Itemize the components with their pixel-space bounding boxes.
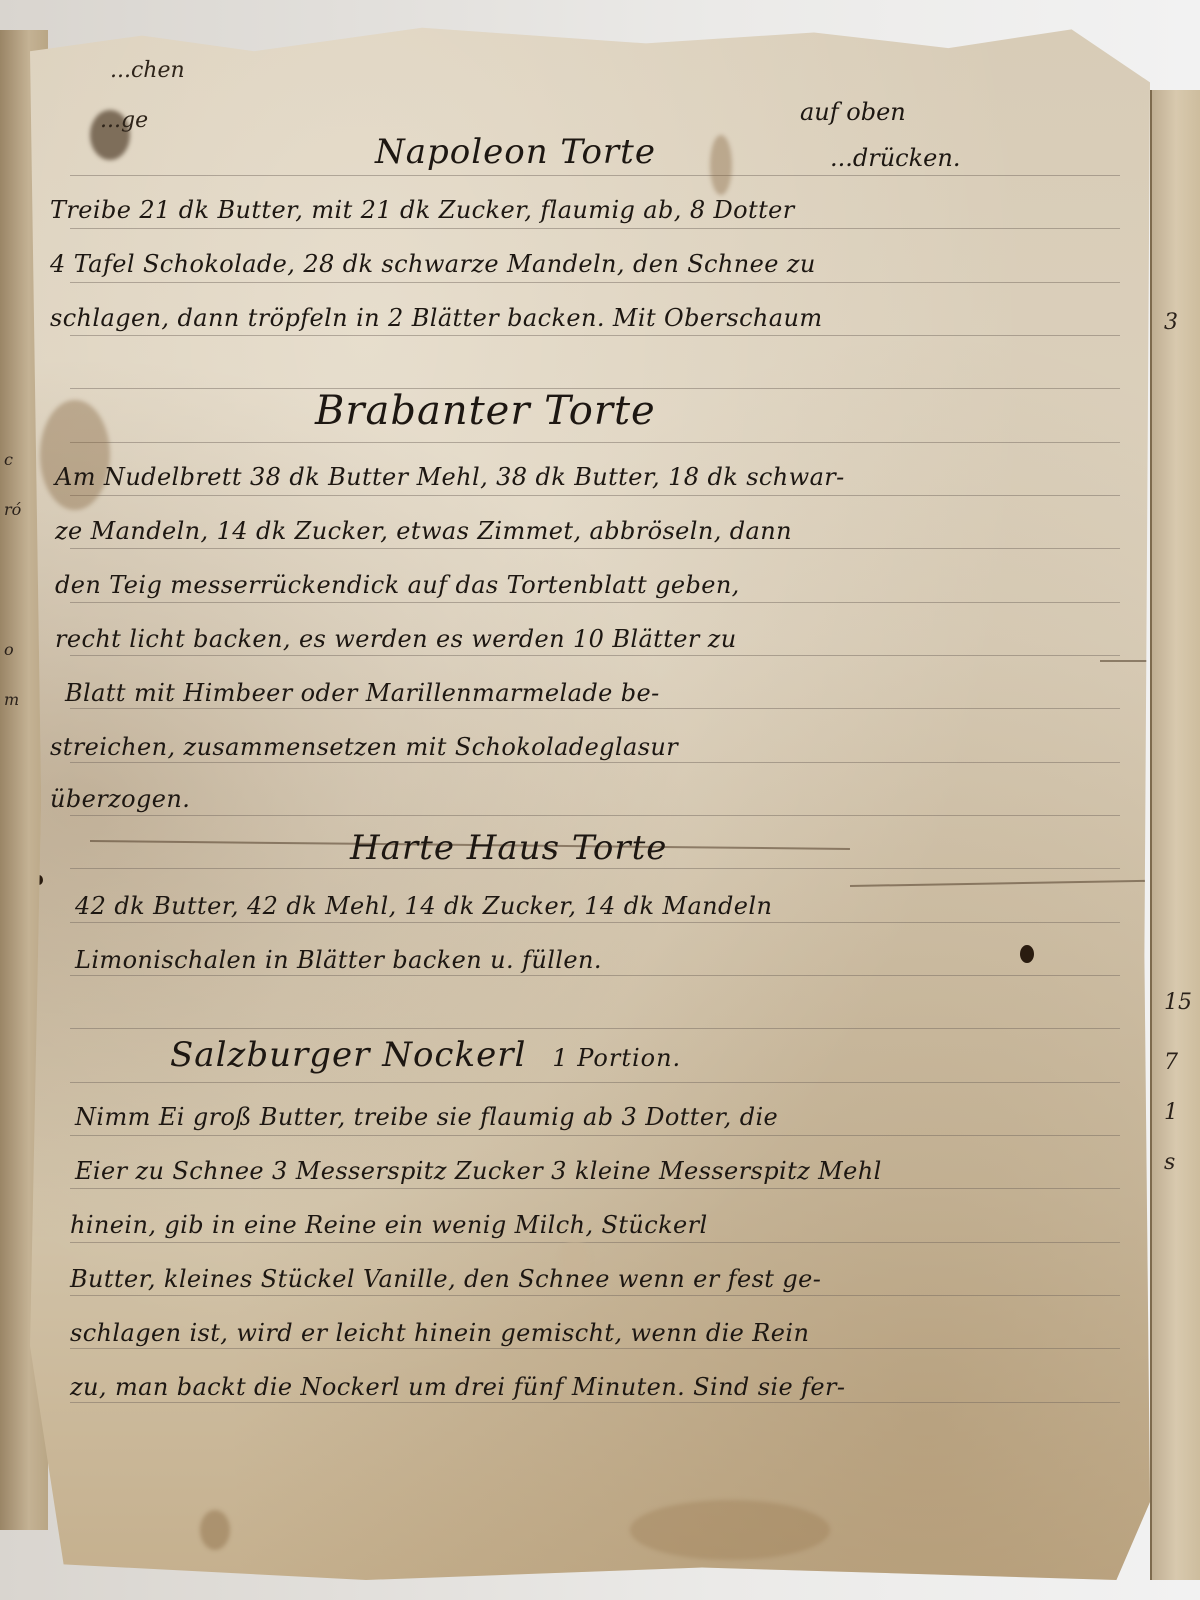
water-stain: [40, 400, 110, 510]
ruled-line: [70, 1028, 1120, 1029]
margin-note: ...ge: [100, 108, 148, 133]
ruled-line: [70, 868, 1120, 869]
margin-fragment: ró: [4, 500, 21, 519]
portion-note: 1 Portion.: [552, 1044, 681, 1072]
ruled-line: [70, 922, 1120, 923]
recipe-line: Eier zu Schnee 3 Messerspitz Zucker 3 kl…: [75, 1157, 882, 1185]
ruled-line: [70, 1082, 1120, 1083]
recipe-line: überzogen.: [50, 785, 190, 813]
ruled-line: [70, 602, 1120, 603]
recipe-line: 42 dk Butter, 42 dk Mehl, 14 dk Zucker, …: [75, 892, 772, 920]
ruled-line: [70, 175, 1120, 176]
recipe-line: Am Nudelbrett 38 dk Butter Mehl, 38 dk B…: [55, 463, 845, 491]
ruled-line: [70, 815, 1120, 816]
ruled-line: [70, 1402, 1120, 1403]
ruled-line: [70, 1188, 1120, 1189]
ruled-line: [70, 442, 1120, 443]
margin-fragment: o: [4, 640, 14, 659]
recipe-line: schlagen, dann tröpfeln in 2 Blätter bac…: [50, 304, 823, 332]
ruled-line: [70, 1135, 1120, 1136]
top-right-note: ...drücken.: [830, 144, 960, 172]
ruled-line: [70, 1242, 1120, 1243]
ruled-line: [70, 655, 1120, 656]
recipe-line: Butter, kleines Stückel Vanille, den Sch…: [70, 1265, 821, 1293]
recipe-line: Limonischalen in Blätter backen u. fülle…: [75, 946, 602, 974]
ruled-line: [70, 548, 1120, 549]
margin-fragment: 3: [1164, 310, 1178, 335]
recipe-line: 4 Tafel Schokolade, 28 dk schwarze Mande…: [50, 250, 816, 278]
ruled-line: [70, 762, 1120, 763]
recipe-line: ze Mandeln, 14 dk Zucker, etwas Zimmet, …: [55, 517, 792, 545]
recipe-title: Napoleon Torte: [375, 132, 656, 172]
recipe-page: ...chen ...ge auf oben ...drücken. Napol…: [30, 20, 1150, 1580]
recipe-title: Harte Haus Torte: [350, 828, 667, 868]
recipe-title-text: Salzburger Nockerl: [170, 1035, 526, 1075]
recipe-line: hinein, gib in eine Reine ein wenig Milc…: [70, 1211, 708, 1239]
paper-crack: [850, 880, 1150, 887]
water-stain: [710, 135, 732, 195]
ruled-line: [70, 1295, 1120, 1296]
recipe-line: schlagen ist, wird er leicht hinein gemi…: [70, 1319, 809, 1347]
recipe-line: streichen, zusammensetzen mit Schokolade…: [50, 733, 678, 761]
ruled-line: [70, 495, 1120, 496]
recipe-line: zu, man backt die Nockerl um drei fünf M…: [70, 1373, 845, 1401]
ruled-line: [70, 708, 1120, 709]
ruled-line: [70, 1348, 1120, 1349]
margin-fragment: 1: [1164, 1100, 1178, 1125]
next-page-edge: 3 15 7 1 s: [1150, 90, 1200, 1580]
recipe-line: Blatt mit Himbeer oder Marillenmarmelade…: [65, 679, 660, 707]
ruled-line: [70, 282, 1120, 283]
recipe-line: recht licht backen, es werden es werden …: [55, 625, 737, 653]
ruled-line: [70, 335, 1120, 336]
water-stain: [630, 1500, 830, 1560]
ruled-line: [70, 228, 1120, 229]
margin-fragment: c: [4, 450, 13, 469]
margin-fragment: 15: [1164, 990, 1192, 1015]
recipe-line: Nimm Ei groß Butter, treibe sie flaumig …: [75, 1103, 778, 1131]
recipe-line: den Teig messerrückendick auf das Torten…: [55, 571, 740, 599]
margin-fragment: 7: [1164, 1050, 1178, 1075]
margin-note: ...chen: [110, 58, 185, 83]
ruled-line: [70, 975, 1120, 976]
paper-hole: [1020, 945, 1034, 963]
margin-fragment: m: [4, 690, 19, 709]
recipe-title: Brabanter Torte: [315, 388, 656, 434]
recipe-title: Salzburger Nockerl1 Portion.: [170, 1035, 681, 1075]
top-right-note: auf oben: [800, 98, 906, 126]
water-stain: [200, 1510, 230, 1550]
recipe-line: Treibe 21 dk Butter, mit 21 dk Zucker, f…: [50, 196, 795, 224]
margin-fragment: s: [1164, 1150, 1175, 1175]
